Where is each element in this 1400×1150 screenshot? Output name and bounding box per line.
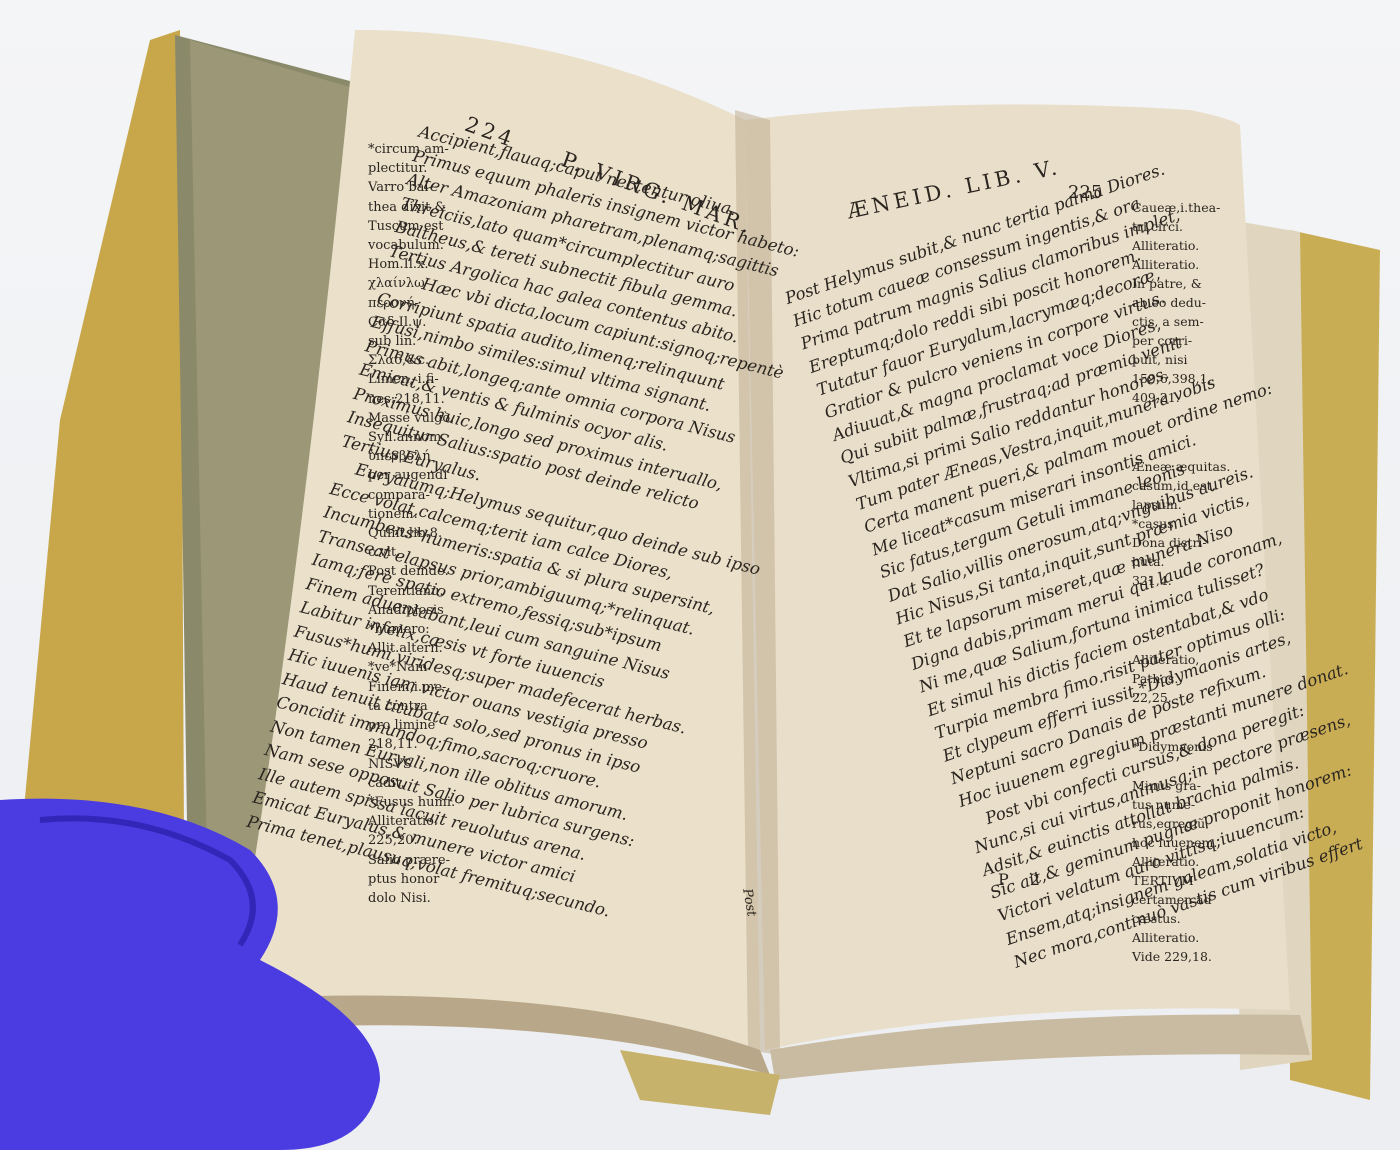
photo-background: 224 P. VIRG. MAR. Accipient,flauaq;caput… (0, 0, 1400, 1150)
right-margin-notes: Caueæ,i.thea- tri,circi. Alliteratio. Al… (1132, 198, 1230, 966)
signature-mark: P 2 (998, 870, 1048, 889)
left-margin-notes: *circum am- plectitur. Varro bal- thea d… (368, 140, 455, 908)
